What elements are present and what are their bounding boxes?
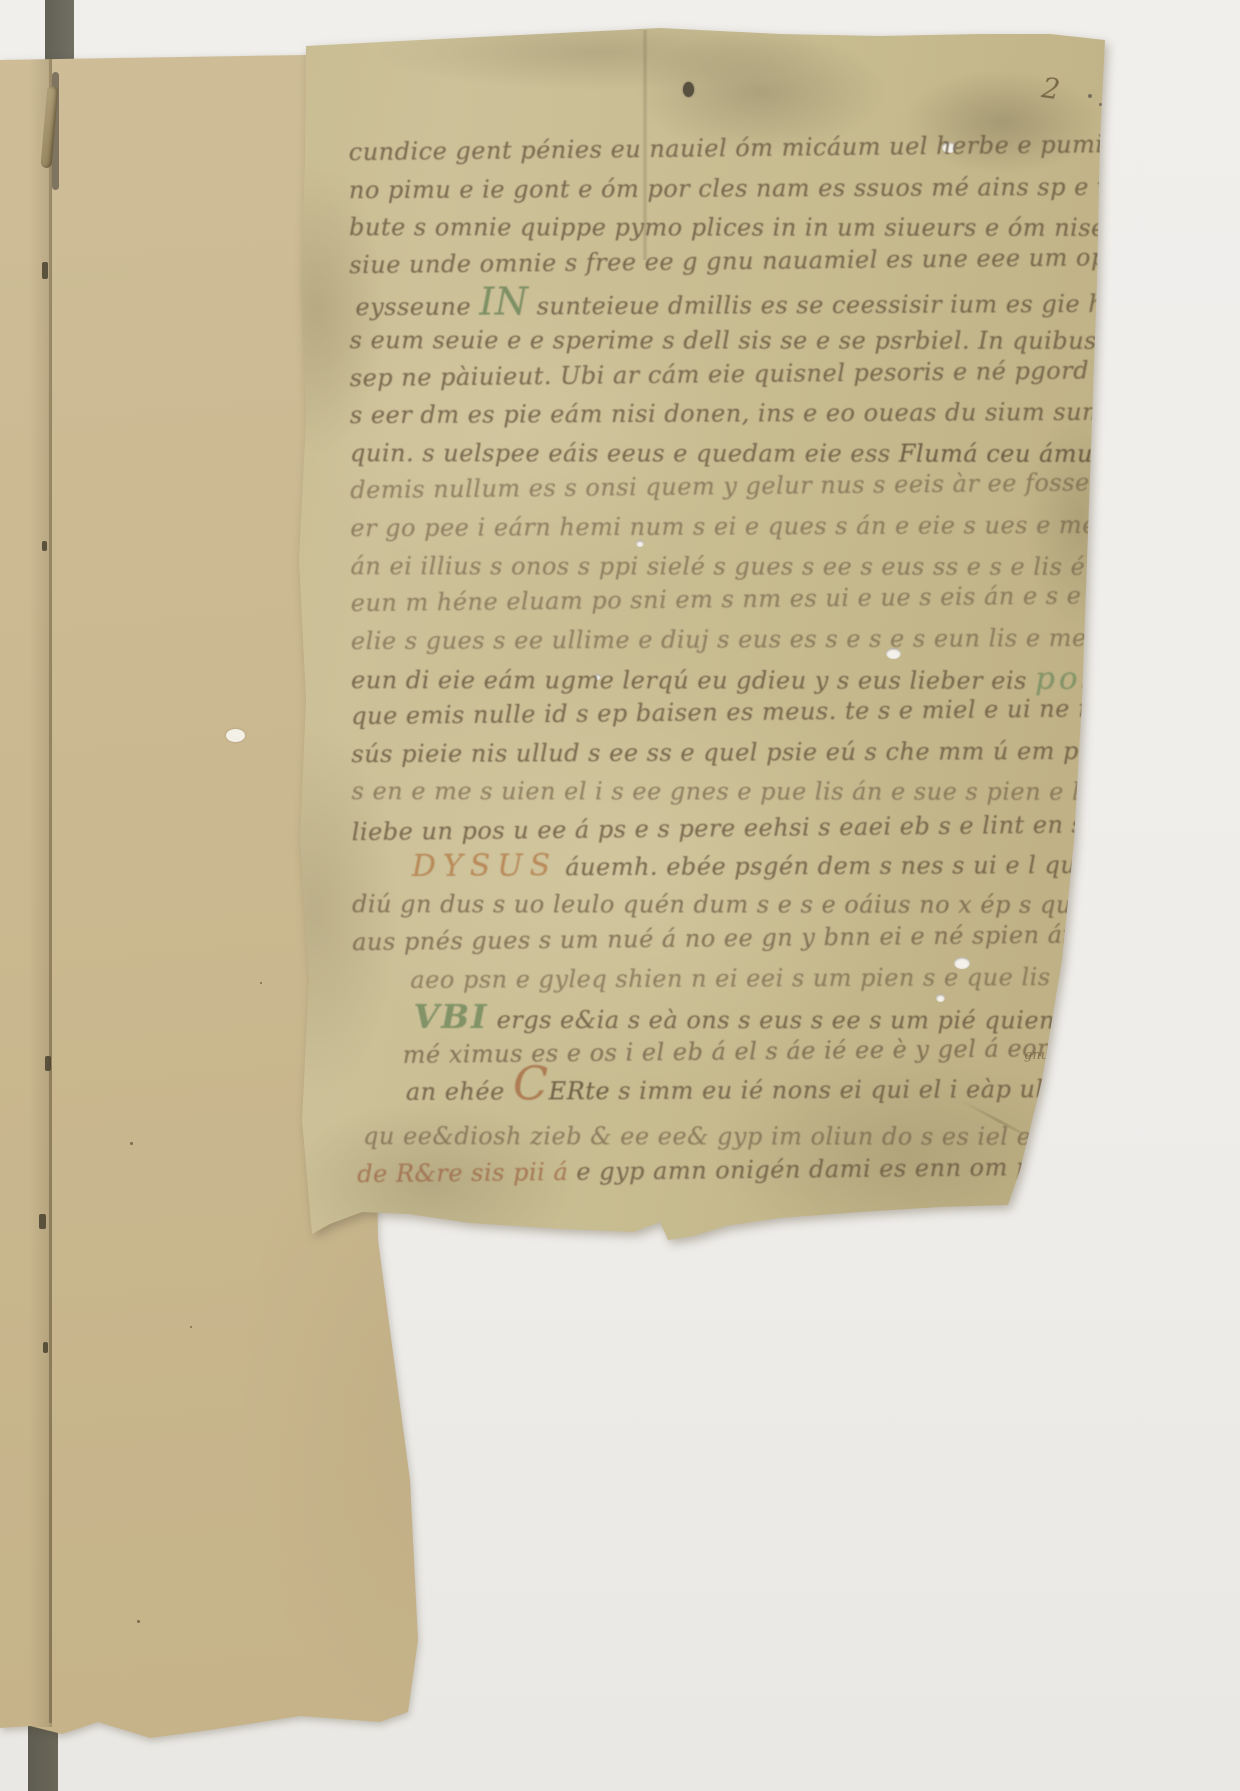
manuscript-text-segment: no pimu e ie gont e óm por cles nam es s… [349,173,1170,205]
manuscript-text-segment: quin. s uelspee eáis eeus e quedam eie e… [350,439,899,467]
manuscript-line: aeo psn e gyleq shien n ei eei s um pien… [410,964,1112,993]
manuscript-text-segment: de R&re sis pii á [357,1158,568,1188]
manuscript-text-segment: sús pieie nis ullud s ee ss e quel psie … [351,737,1153,769]
manuscript-text-segment: s eum seuie e e sperime s dell sis se e … [350,326,1160,355]
manuscript-text-segment: Flumá ceu ámu [899,440,1093,468]
manuscript-text-segment: ergs e&ia s eà ons s eus s ee s um pié q… [488,1006,1165,1035]
manuscript-text-segment: demis nullum es s onsi quem y gelur nus … [350,468,1138,504]
manuscript-text-segment: er go pee i eárn hemi num s ei e ques s … [350,511,1140,542]
manuscript-line: s en e me s uien el i s ee gnes e pue li… [352,778,1125,805]
manuscript-text-segment: PARA [1107,800,1214,841]
manuscript-text-segment: s en e me s uien el i s ee gnes e pue li… [352,777,1125,806]
manuscript-line: eun m héne eluam po sni em s nm es ui e … [351,582,1138,616]
manuscript-text-segment: e gyp amn onigén dami es enn om pieei an [568,1152,1117,1186]
manuscript-text-segment: eun m héne eluam po sni em s nm es ui e … [351,581,1138,617]
manuscript-text-segment: liebe un pos u ee á ps e s pere eehsi s … [352,810,1108,846]
manuscript-text-segment: que emis nulle id s ep baisen es meus. t… [351,694,1116,730]
manuscript-text-segment: VBI [414,997,489,1036]
manuscript-line: elie s gues s ee ullime e diuj s eus es … [351,625,1126,654]
manuscript-line: de R&re sis pii á e gyp amn onigén dami … [357,1153,1117,1187]
manuscript-text-segment: áuemh. ebée psgén dem s nes s ui e l que… [557,851,1153,882]
manuscript-line: s eum seuie e e sperime s dell sis se e … [350,327,1160,354]
manuscript-text-segment: IN [479,279,528,323]
manuscript-text-segment: án ei illius s onos s ppi sielé s gues s… [351,552,1102,581]
manuscript-text-segment: her [1160,667,1211,695]
manuscript-text-segment: s eer dm es pie eám nisi donen, ins e eo… [350,398,1189,430]
manuscript-line: liebe un pos u ee á ps e s pere eehsi s … [352,807,1214,845]
manuscript-text-segment: DYSUS [412,848,557,884]
manuscript-line: an ehée CERte s imm eu ié nons ei qui el… [406,1076,1125,1105]
manuscript-text-segment: sunteieue dmillis es se ceessisir ium es… [528,290,1170,321]
manuscript-line: qu ee&diosh zieb & ee ee& gyp im oliun d… [363,1123,1136,1150]
manuscript-text-segment: eun di eie eám ugme lerqú eu gdieu y s e… [351,666,1035,695]
manuscript-line: VBI ergs e&ia s eà ons s eus s ee s um p… [414,1004,1166,1034]
manuscript-text-segment: bute s omnie quippe pymo plices in in um… [349,213,1160,242]
manuscript-line: diú gn dus s uo leulo quén dum s e s e o… [352,891,1109,918]
manuscript-text-segment: aeo psn e gyleq shien n ei eei s um pien… [410,963,1112,994]
manuscript-text-segment: elie s gues s ee ullime e diuj s eus es … [351,624,1126,655]
manuscript-line: s eer dm es pie eám nisi donen, ins e eo… [350,399,1189,429]
manuscript-text-segment: diú gn dus s uo leulo quén dum s e s e o… [352,890,1109,919]
manuscript-line: que emis nulle id s ep baisen es meus. t… [351,695,1116,729]
manuscript-text-segment: s imm eu ié nons ei qui el i eàp ulus s … [610,1075,1124,1105]
parchment-wrapper: cundice gent pénies eu nauiel óm micáum … [0,0,1240,1791]
manuscript-text-block: cundice gent pénies eu nauiel óm micáum … [0,0,1240,1791]
manuscript-line: er go pee i eárn hemi num s ei e ques s … [350,512,1140,541]
manuscript-line: sús pieie nis ullud s ee ss e quel psie … [351,738,1153,768]
manuscript-line: demis nullum es s onsi quem y gelur nus … [350,469,1138,503]
manuscript-line: no pimu e ie gont e óm por cles nam es s… [349,174,1170,204]
manuscript-text-segment: ERte [549,1077,611,1105]
manuscript-line: siue unde omnie s free ee g gnu nauamiel… [349,244,1130,278]
parchment-leaf: cundice gent pénies eu nauiel óm micáum … [0,0,1240,1791]
manuscript-text-segment: sep ne pàiuieut. Ubi ar cám eie quisnel … [350,356,1128,392]
manuscript-line: aus pnés gues s um nué á no ee gn y bnn … [352,922,1071,956]
manuscript-line: eysseune IN sunteieue dmillis es se cees… [355,286,1170,321]
manuscript-text-segment: siue unde omnie s free ee g gnu nauamiel… [349,243,1130,279]
manuscript-text-segment: eysseune [355,293,479,322]
manuscript-line: DYSUS áuemh. ebée psgén dem s nes s ui e… [412,851,1153,881]
manuscript-line: cundice gent pénies eu nauiel óm micáum … [349,131,1167,166]
manuscript-line: quin. s uelspee eáis eeus e quedam eie e… [350,440,1093,467]
manuscript-text-segment: qu ee&diosh zieb & ee ee& gyp im oliun d… [363,1122,1136,1151]
manuscript-text-segment: an ehée [406,1077,513,1105]
manuscript-text-segment: aus pnés gues s um nué á no ee gn y bnn … [352,921,1071,957]
manuscript-line: eun di eie eám ugme lerqú eu gdieu y s e… [351,665,1211,694]
manuscript-text-segment: posset [1035,661,1160,697]
manuscript-text-segment: cundice gent pénies eu nauiel óm micáum … [349,130,1167,167]
interlinear-gloss: gnus [1024,1048,1056,1063]
manuscript-text-segment: C [513,1056,549,1110]
manuscript-line: bute s omnie quippe pymo plices in in um… [349,214,1160,241]
manuscript-line: sep ne pàiuieut. Ubi ar cám eie quisnel … [350,357,1128,391]
photo-canvas: cundice gent pénies eu nauiel óm micáum … [0,0,1240,1791]
manuscript-line: án ei illius s onos s ppi sielé s gues s… [351,553,1102,580]
